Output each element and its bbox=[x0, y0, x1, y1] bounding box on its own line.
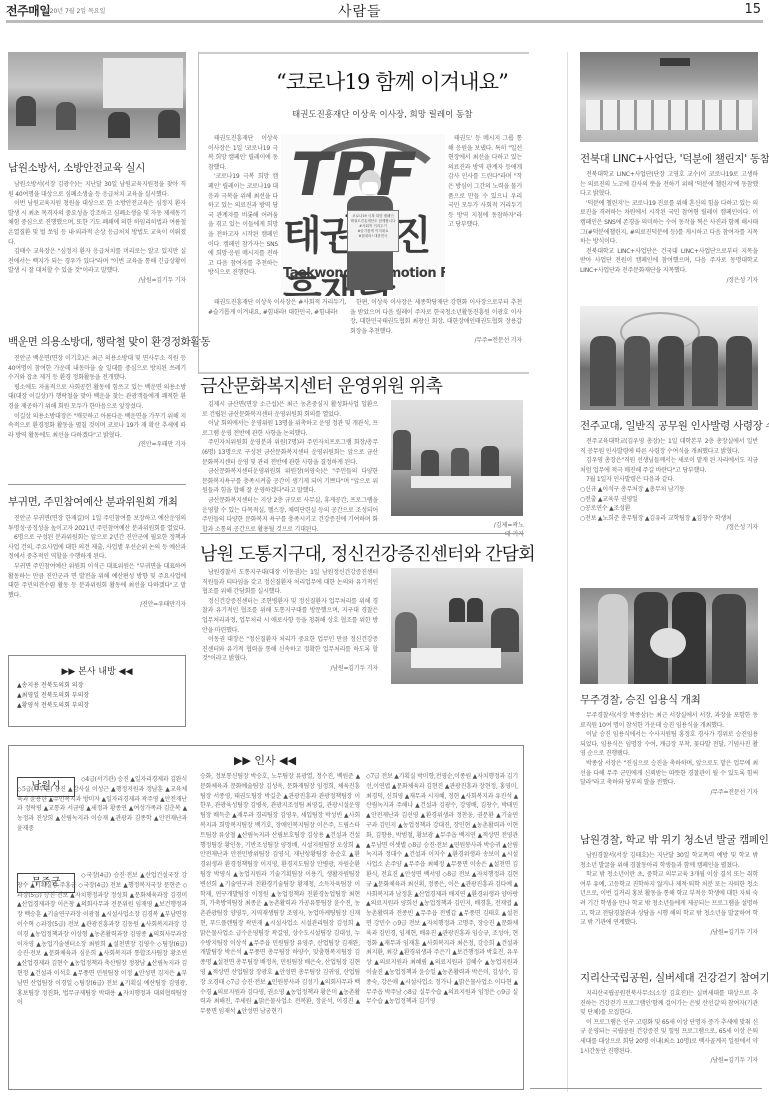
insa-title: ▶▶ 인사 ◀◀ bbox=[200, 752, 330, 768]
article-bugwi: 진안군 부귀면(면장 한재길)이 1일 주민참여를 보장하고 예산운영의 투명성… bbox=[8, 514, 186, 610]
headline-jbnu-linc: 전북대 LINC+사업단, '덕분에 챌린지' 동참 bbox=[580, 151, 769, 166]
paragraph: 정신건강증진센터는 조현병환자 및 정신질환자 업무처리를 위해 경찰과 유기적… bbox=[202, 597, 378, 635]
headline-baekun: 백운면 의용소방대, 행락철 맞이 환경정화활동 bbox=[8, 334, 210, 349]
photo-jbnu-challenge bbox=[580, 52, 758, 142]
byline: /무주=전문선 기자 bbox=[580, 788, 758, 798]
paragraph: 이길상 의용소방대장은 "깨끗하고 아름다운 백운면을 가꾸기 위해 지속적으로… bbox=[8, 412, 186, 441]
article-namwon-fire: 남원소방서(서장 김광수)는 지난달 30일 남원교육지원청을 찾아 직원 40… bbox=[8, 180, 186, 286]
paragraph: '코로나19 극복 희망 캠페인' 릴레이는 코로나19 대응과 극복을 위해 … bbox=[208, 172, 278, 278]
article-jbnu-linc: 전북대학교 LINC+사업단(단장 고영호 교수)이 코로나19로 고생하는 의… bbox=[580, 170, 758, 285]
article-corona-bottom-left: 태권도진흥재단 이상욱 이사장은 #사회적 거리두기, #슬기롭게 이겨내요, … bbox=[208, 298, 346, 317]
paragraph: 남원경찰서(서장 김태호)는 지난달 30일 학교폭력 예방 및 학교 밖 청소… bbox=[580, 851, 758, 870]
headline-geumsan: 금산문화복지센터 운영위원 위촉 bbox=[200, 372, 442, 398]
paragraph: 진안군 부귀면(면장 한재길)이 1일 주민참여를 보장하고 예산운영의 투명성… bbox=[8, 514, 186, 533]
paragraph: 김우영 총장은"직원 선생님들께서는 새로이 맡게 된 자리에서도 지금처럼 업… bbox=[580, 456, 758, 475]
headline-namwon-fire: 남원소방서, 소방안전교육 실시 bbox=[8, 160, 145, 175]
byline: /무주=전문선 기자 bbox=[350, 336, 522, 346]
insa-muju-col2: 승화, 정보통신팀장 박승호, 노무팀장 류광열, 정수진, 백원준 ▲문화체육… bbox=[200, 772, 360, 1082]
paragraph: 지리산국립공원전북사무소(소장 김효진)는 실버세대를 대상으로 추진하는 건강… bbox=[580, 989, 758, 1018]
headline-corona-relay: “코로나19 함께 이겨내요” bbox=[276, 66, 508, 96]
photo-cpr-training bbox=[8, 52, 186, 150]
paragraph: 이날 회의에서는 운영위원 13명을 위촉하고 운영 정관 및 개관식, 프로그… bbox=[202, 419, 378, 438]
paragraph: 이 프로그램은 인구 고령화 및 65세 이상 단명자 증가 추세에 맞춰 신규… bbox=[580, 1018, 758, 1056]
byline: /정은성 기자 bbox=[580, 523, 758, 533]
paragraph: 김제시 금산면(면장 소근섭)은 최근 농촌중심지 활성화사업 일환으로 건립된… bbox=[202, 400, 378, 419]
divider bbox=[200, 533, 524, 534]
subheadline-corona-relay: 태권도진흥재단 이상욱 이사장, 희망 릴레이 동참 bbox=[292, 108, 472, 120]
paragraph: 금산문화복지센터운영위원회 위원장(허영숙)은 "주민들의 다양한 문화복지욕구… bbox=[202, 467, 378, 496]
paragraph: 진안군 백운면(면장 이기호)은 최근 의용소방대 및 면사무소 직원 등 40… bbox=[8, 354, 186, 383]
appointment-line: ○신규 ▲이석구 총무처장 ▲총무처 남기동 bbox=[580, 485, 758, 495]
section-title: 사람들 bbox=[338, 1, 382, 21]
article-corona-left: 태권도진흥재단 이상욱 이사장은 1일 '코로나19 극복 희망 캠페인' 릴레… bbox=[208, 134, 278, 278]
article-dotong: 남원경찰서 도통지구대(대장 이동권)는 1일 남원정신건강증진센터 직원들과 … bbox=[202, 568, 378, 674]
campaign-sign: 코로나19 극복 희망 캠페인 태권도진흥재단도 함께합니다 #사회적 거리두기… bbox=[347, 210, 399, 252]
paragraph: 한편, 이상욱 이사장은 세종학당재단 강현화 이사장으로부터 추천을 받았으며… bbox=[350, 298, 522, 336]
article-geumsan: 김제시 금산면(면장 소근섭)은 최근 농촌중심지 활성화사업 일환으로 건립된… bbox=[202, 400, 378, 534]
paragraph: 이동권 대장은 "정신질환자 처리가 중요한 업무인 만큼 정신건강증진센터와 … bbox=[202, 635, 378, 664]
paragraph: 남원경찰서 도통지구대(대장 이동권)는 1일 남원정신건강증진센터 직원들과 … bbox=[202, 568, 378, 597]
divider bbox=[530, 1088, 762, 1089]
masthead: 전주매일 2020년 7월 2일 목요일 사람들 15 bbox=[0, 0, 769, 24]
byline: /남원=김기두 기자 bbox=[580, 928, 758, 938]
byline: /남원=김기두 기자 bbox=[202, 664, 378, 674]
paragraph: 박종삼 서장은 "진심으로 승진을 축하하며, 앞으로도 맡은 업무에 최선을 … bbox=[580, 759, 758, 788]
article-jirisan: 지리산국립공원전북사무소(소장 김효진)는 실버세대를 대상으로 추진하는 건강… bbox=[580, 989, 758, 1066]
top-rule bbox=[199, 52, 529, 54]
byline: /진안=우태만기자 bbox=[8, 600, 186, 610]
paragraph: 태권도진흥재단 이상욱 이사장은 1일 '코로나19 극복 희망 캠페인' 릴레… bbox=[208, 134, 278, 172]
headline-jeonju-edu: 전주교대, 일반직 공무원 인사발령 사령장 수여 bbox=[580, 418, 769, 433]
insa-muju-col1: ◇국장(4급) 승진·전보 ▲산업건설국장 강창수 ▲기획실장 주홍균 ◇국장(… bbox=[17, 871, 187, 1086]
paragraph: 무주경찰서(서장 박종삼)는 최근 서장실에서 서장, 과장을 포함한 동료직원… bbox=[580, 711, 758, 730]
byline: /남원=김기두 기자 bbox=[8, 276, 186, 286]
photo-muju-police bbox=[580, 588, 758, 684]
insa-namwon-text: ◇4급(서기관) 승진 ▲일자리경제과 김완식 ◇5급(사무관) 승진 ▲감사실… bbox=[17, 775, 187, 834]
paragraph: 이번 남원교육지원 청원을 대상으로 한 소방안전교육은 심정지 환자 발생 시… bbox=[8, 199, 186, 247]
visitor-item: ▲최영일 전북도의회 부의장 bbox=[17, 691, 177, 701]
insa-muju-col3: ◇7급 전보 ▲기획실 박미향,전영순,이종원 ▲자치행정과 김기선,이연엽 ▲… bbox=[366, 772, 518, 1082]
byline: /진안=우태만 기자 bbox=[8, 440, 186, 450]
sign-line: #힘내라! 대한민국 bbox=[348, 234, 398, 239]
paragraph: 이날 승진 임용식에서는 수사지원팀 홍정호 경사가 경위로 승진임용되었다. … bbox=[580, 730, 758, 759]
headline-muju-police: 무주경찰, 승진 임용식 개최 bbox=[580, 692, 700, 707]
headline-namwon-police: 남원경찰, 학교 밖 위기 청소년 발굴 캠페인 bbox=[580, 832, 769, 847]
byline: /정은성 기자 bbox=[580, 276, 758, 286]
photo-dotong-meeting bbox=[391, 568, 523, 684]
article-corona-bottom-right: 한편, 이상욱 이사장은 세종학당재단 강현화 이사장으로부터 추천을 받았으며… bbox=[350, 298, 522, 346]
paragraph: 7월 1일자 인사발령은 다음과 같다. bbox=[580, 475, 758, 485]
byline-geumsan: /김제=곽노태 기자 bbox=[490, 520, 524, 538]
photo-jeonju-edu bbox=[580, 306, 758, 410]
photo-geumsan-meeting bbox=[391, 400, 523, 516]
paragraph: 학교 밖 청소년이란 초, 중학교 의무교육 3개월 이상 결석 또는 취학 여… bbox=[580, 870, 758, 928]
paragraph: 주민자치위원회 운영분과 위원(7명)과 주민자치프로그램 회장/총무(6명) … bbox=[202, 438, 378, 467]
article-jeonju-edu: 전주교육대학교(김우영 총장)는 1일 대학본부 2층 총장실에서 일반직 공무… bbox=[580, 437, 758, 533]
column-rule bbox=[198, 52, 199, 374]
headline-bugwi: 부귀면, 주민참여예산 분과위원회 개최 bbox=[8, 494, 178, 509]
appointment-line: ○전보 ▲노희준 총무팀장 ▲김유라 교학팀장 ▲김창수 학생처 bbox=[580, 514, 758, 524]
bonsa-naebang-title: ▶▶ 본사 내방 ◀◀ bbox=[9, 664, 185, 677]
masthead-rule bbox=[6, 20, 763, 23]
article-corona-right: 태권도' 등 메시지 그룹 통해 응원을 보냈다. 특히 "일선 현장에서 최선… bbox=[448, 134, 522, 230]
appointment-line: ○전출 ▲교육부 권영일 bbox=[580, 495, 758, 505]
paragraph: 전북대학교 LINC+사업단은 건국대 LINC+사업단으로부터 지목을 받아 … bbox=[580, 247, 758, 276]
photo-tpf-campaign: TPF 태권도진흥재단 Taekwondo Promotion Foundati… bbox=[281, 134, 445, 296]
visitor-item: ▲송지용 전북도의회 의장 bbox=[17, 681, 177, 691]
article-baekun: 진안군 백운면(면장 이기호)은 최근 의용소방대 및 면사무소 직원 등 40… bbox=[8, 354, 186, 450]
headline-dotong: 남원 도통지구대, 정신건강증진센터와 간담회 bbox=[200, 540, 535, 566]
page-number: 15 bbox=[744, 2, 761, 17]
appointment-line: ○공로연수 ▲조성환 bbox=[580, 504, 758, 514]
headline-jirisan: 지리산국립공원, 실버세대 건강걷기 참여기관 모집 bbox=[580, 970, 769, 985]
paragraph: 태권도' 등 메시지 그룹 통해 응원을 보냈다. 특히 "일선 현장에서 최선… bbox=[448, 134, 522, 230]
paragraph: 부귀면 주민참여예산 위원회 이석근 대표위원은 "부귀면을 대표하여 활동하는… bbox=[8, 562, 186, 600]
visitor-item: ▲황영석 전북도의회 부의장 bbox=[17, 701, 177, 711]
divider bbox=[8, 484, 186, 485]
byline: /남원=김기두 기자 bbox=[580, 1056, 758, 1066]
paragraph: 6명으로 구성된 분과위원회는 앞으로 2년간 진안군에 필요한 정책과 사업 … bbox=[8, 533, 186, 562]
paragraph: 전북대학교 LINC+사업단(단장 고영호 교수)이 코로나19로 고생하는 의… bbox=[580, 170, 758, 199]
article-muju-police: 무주경찰서(서장 박종삼)는 최근 서장실에서 서장, 과장을 포함한 동료직원… bbox=[580, 711, 758, 797]
paragraph: 금산문화복지센터는 지상 2층 규모로 사무실, 휴게공간, 프로그램을 운영할… bbox=[202, 496, 378, 534]
paragraph: 김태수 교육장은 "심정지 환자 응급처치를 머리로는 알고 있지만 실전에서는… bbox=[8, 247, 186, 276]
paragraph: '덕분에 챌린지'는 코로나19 진료를 위해 혼신의 힘을 다하고 있는 의료… bbox=[580, 199, 758, 247]
paragraph: 남원소방서(서장 김광수)는 지난달 30일 남원교육지원청을 찾아 직원 40… bbox=[8, 180, 186, 199]
article-namwon-police: 남원경찰서(서장 김태호)는 지난달 30일 학교폭력 예방 및 학교 밖 청소… bbox=[580, 851, 758, 937]
paragraph: 태권도진흥재단 이상욱 이사장은 #사회적 거리두기, #슬기롭게 이겨내요, … bbox=[208, 298, 346, 317]
paragraph: 평소에도 자율적으로 사회공헌 활동에 힘쓰고 있는 백운면 의용소방대(대장 … bbox=[8, 383, 186, 412]
paragraph: 전주교육대학교(김우영 총장)는 1일 대학본부 2층 총장실에서 일반직 공무… bbox=[580, 437, 758, 456]
bonsa-naebang-box: ▶▶ 본사 내방 ◀◀ ▲송지용 전북도의회 의장 ▲최영일 전북도의회 부의장… bbox=[8, 655, 186, 727]
issue-date: 2020년 7월 2일 목요일 bbox=[42, 6, 105, 15]
column-rule bbox=[567, 52, 568, 1092]
